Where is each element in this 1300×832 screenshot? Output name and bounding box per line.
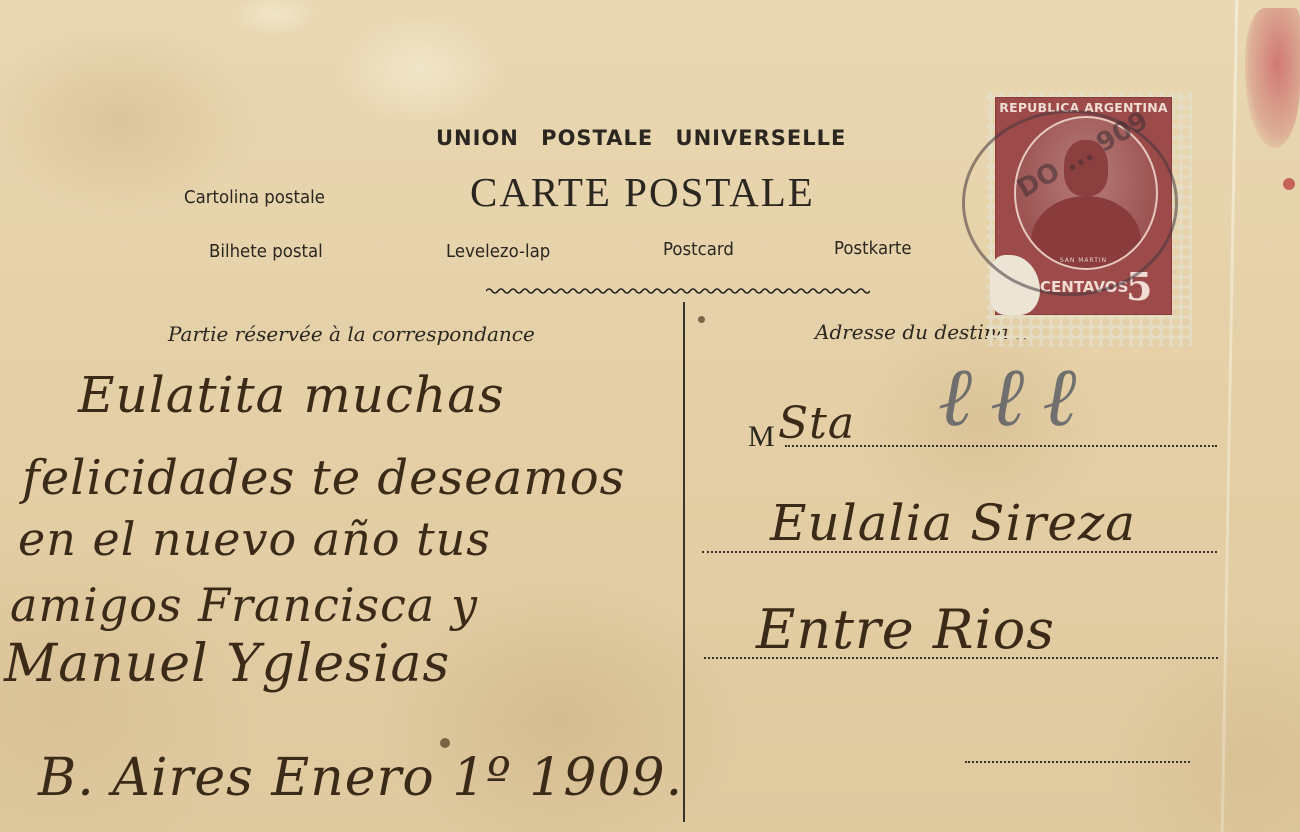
label-english: Postcard [663, 239, 734, 260]
ink-blot [698, 316, 705, 323]
red-spot [1283, 178, 1295, 190]
address-salutation: Sta [778, 398, 855, 449]
recipient-name: Eulalia Sireza [770, 494, 1136, 552]
postmark-ring [962, 110, 1178, 296]
address-line-4 [965, 761, 1190, 763]
wavy-rule [486, 286, 870, 296]
message-line-4: amigos Francisca y [10, 578, 478, 632]
message-line-5: Manuel Yglesias [4, 634, 450, 694]
pencil-marks: ℓℓℓ [938, 350, 1094, 445]
carte-postale-title: CARTE POSTALE [470, 168, 815, 216]
ink-blot [440, 738, 450, 748]
center-divider [683, 302, 685, 822]
correspondence-label: Partie réservée à la correspondance [168, 322, 535, 346]
recipient-place: Entre Rios [756, 598, 1055, 661]
message-line-3: en el nuevo año tus [18, 512, 491, 566]
message-line-2: felicidades te deseamos [22, 450, 625, 506]
message-line-6: B. Aires Enero 1º 1909. [38, 748, 683, 808]
label-hungarian: Levelezo-lap [446, 241, 550, 262]
label-german: Postkarte [834, 238, 912, 259]
label-italian: Cartolina postale [184, 187, 325, 208]
label-portuguese: Bilhete postal [209, 241, 323, 262]
address-prefix: M [748, 420, 775, 454]
union-postale-heading: UNION POSTALE UNIVERSELLE [436, 126, 846, 150]
message-line-1: Eulatita muchas [78, 366, 505, 424]
